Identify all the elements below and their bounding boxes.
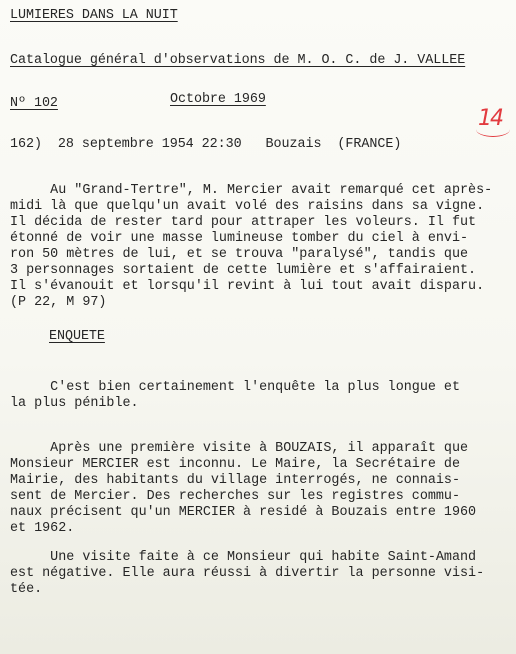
paragraph-line: tée. (10, 582, 42, 597)
description-line: Il décida de rester tard pour attraper l… (10, 215, 476, 230)
publication-title: LUMIERES DANS LA NUIT (10, 8, 178, 23)
paragraph-line: naux précisent qu'un MERCIER à residé à … (10, 505, 476, 520)
description-line: Au "Grand-Tertre", M. Mercier avait rema… (10, 183, 492, 198)
description-line: Il s'évanouit et lorsqu'il revint à lui … (10, 279, 484, 294)
paragraph-line: la plus pénible. (10, 396, 139, 411)
description-line: étonné de voir une masse lumineuse tombe… (10, 231, 468, 246)
case-heading: 162) 28 septembre 1954 22:30 Bouzais (FR… (10, 137, 401, 152)
annotation-underline (476, 122, 510, 137)
paragraph-line: Mairie, des habitants du village interro… (10, 473, 460, 488)
paragraph-line: sent de Mercier. Des recherches sur les … (10, 489, 460, 504)
catalogue-title: Catalogue général d'observations de M. O… (10, 53, 465, 68)
description-line: midi là que quelqu'un avait volé des rai… (10, 199, 484, 214)
paragraph-line: C'est bien certainement l'enquête la plu… (10, 380, 460, 395)
handwritten-page-number: 14 (474, 104, 514, 144)
paragraph-line: Monsieur MERCIER est inconnu. Le Maire, … (10, 457, 460, 472)
issue-date: Octobre 1969 (170, 92, 266, 107)
description-reference: (P 22, M 97) (10, 295, 106, 310)
paragraph-line: et 1962. (10, 521, 74, 536)
description-line: 3 personnages sortaient de cette lumière… (10, 263, 476, 278)
paragraph-line: Une visite faite à ce Monsieur qui habit… (10, 550, 476, 565)
document-page: LUMIERES DANS LA NUIT Catalogue général … (0, 0, 516, 654)
paragraph-line: Après une première visite à BOUZAIS, il … (10, 441, 468, 456)
issue-number: Nº 102 (10, 96, 58, 111)
paragraph-line: est négative. Elle aura réussi à diverti… (10, 566, 484, 581)
enquete-heading: ENQUETE (49, 329, 105, 344)
description-line: ron 50 mètres de lui, et se trouva "para… (10, 247, 468, 262)
